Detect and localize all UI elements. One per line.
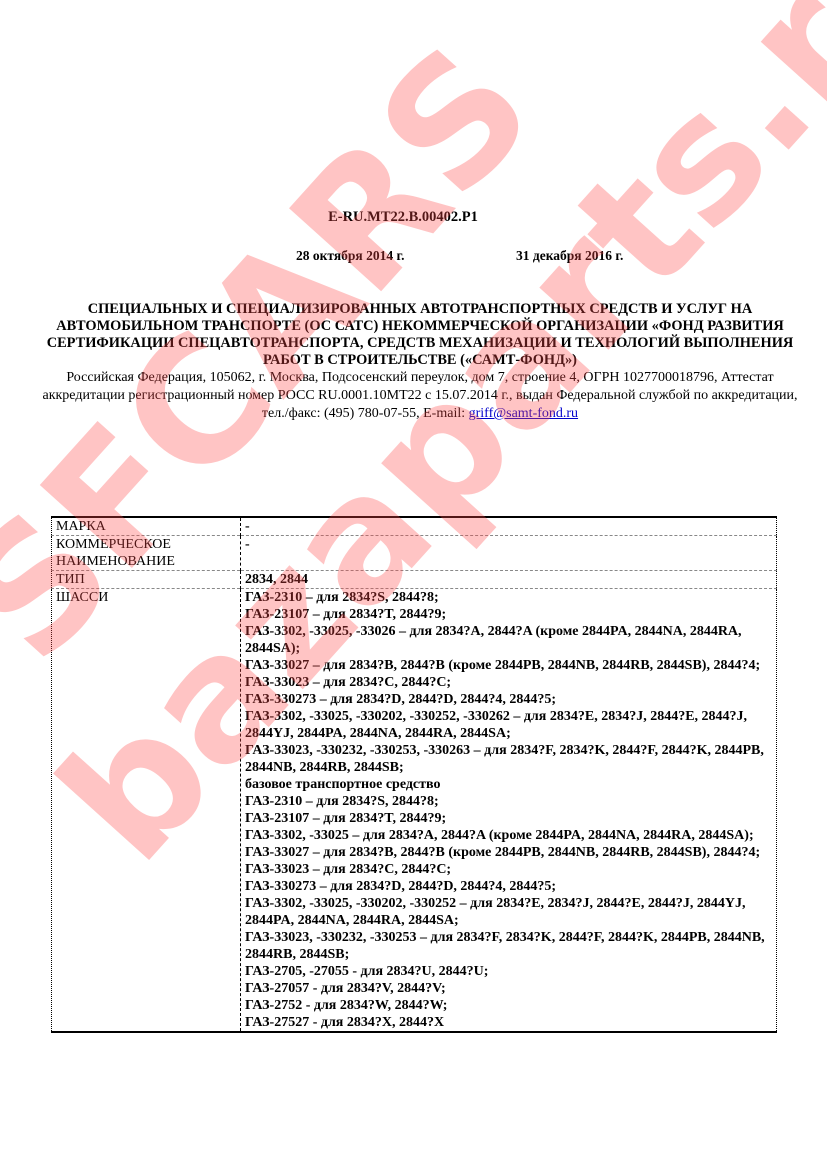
date-valid-until: 31 декабря 2016 г. bbox=[516, 248, 623, 264]
chassis-line: ГАЗ-23107 – для 2834?T, 2844?9; bbox=[245, 810, 773, 827]
row-value-type: 2834, 2844 bbox=[241, 571, 777, 589]
chassis-line: ГАЗ-27527 - для 2834?X, 2844?X bbox=[245, 1014, 773, 1031]
row-label-commercial-name: КОММЕРЧЕСКОЕ НАИМЕНОВАНИЕ bbox=[52, 536, 241, 571]
document-page: E-RU.MT22.B.00402.P1 28 октября 2014 г. … bbox=[0, 0, 827, 1170]
chassis-line: ГАЗ-2310 – для 2834?S, 2844?8; bbox=[245, 793, 773, 810]
chassis-line: ГАЗ-33023 – для 2834?C, 2844?C; bbox=[245, 861, 773, 878]
chassis-line: ГАЗ-330273 – для 2834?D, 2844?D, 2844?4,… bbox=[245, 691, 773, 708]
chassis-line: ГАЗ-23107 – для 2834?T, 2844?9; bbox=[245, 606, 773, 623]
row-label-brand: МАРКА bbox=[52, 517, 241, 536]
organization-info-text: Российская Федерация, 105062, г. Москва,… bbox=[42, 370, 797, 421]
email-link[interactable]: griff@samt-fond.ru bbox=[469, 406, 578, 421]
chassis-line: ГАЗ-3302, -33025, -330202, -330252 – для… bbox=[245, 895, 773, 929]
row-value-chassis: ГАЗ-2310 – для 2834?S, 2844?8;ГАЗ-23107 … bbox=[241, 589, 777, 1033]
spec-table: МАРКА - КОММЕРЧЕСКОЕ НАИМЕНОВАНИЕ - ТИП … bbox=[51, 516, 777, 1033]
chassis-line: базовое транспортное средство bbox=[245, 776, 773, 793]
chassis-line: ГАЗ-3302, -33025, -33026 – для 2834?A, 2… bbox=[245, 623, 773, 657]
row-label-chassis: ШАССИ bbox=[52, 589, 241, 1033]
row-label-type: ТИП bbox=[52, 571, 241, 589]
chassis-line: ГАЗ-3302, -33025, -330202, -330252, -330… bbox=[245, 708, 773, 742]
chassis-line: ГАЗ-33027 – для 2834?B, 2844?B (кроме 28… bbox=[245, 657, 773, 674]
table-row: ШАССИ ГАЗ-2310 – для 2834?S, 2844?8;ГАЗ-… bbox=[52, 589, 777, 1033]
chassis-line: ГАЗ-27057 - для 2834?V, 2844?V; bbox=[245, 980, 773, 997]
chassis-line: ГАЗ-33027 – для 2834?B, 2844?B (кроме 28… bbox=[245, 844, 773, 861]
chassis-line: ГАЗ-2705, -27055 - для 2834?U, 2844?U; bbox=[245, 963, 773, 980]
table-row: МАРКА - bbox=[52, 517, 777, 536]
chassis-line: ГАЗ-2310 – для 2834?S, 2844?8; bbox=[245, 589, 773, 606]
chassis-line: ГАЗ-33023 – для 2834?C, 2844?C; bbox=[245, 674, 773, 691]
chassis-line: ГАЗ-33023, -330232, -330253 – для 2834?F… bbox=[245, 929, 773, 963]
table-row: КОММЕРЧЕСКОЕ НАИМЕНОВАНИЕ - bbox=[52, 536, 777, 571]
organization-block: СПЕЦИАЛЬНЫХ И СПЕЦИАЛИЗИРОВАННЫХ АВТОТРА… bbox=[30, 301, 810, 423]
date-issued: 28 октября 2014 г. bbox=[296, 248, 404, 264]
chassis-line: ГАЗ-3302, -33025 – для 2834?A, 2844?A (к… bbox=[245, 827, 773, 844]
row-value-brand: - bbox=[241, 517, 777, 536]
chassis-line: ГАЗ-33023, -330232, -330253, -330263 – д… bbox=[245, 742, 773, 776]
chassis-line: ГАЗ-2752 - для 2834?W, 2844?W; bbox=[245, 997, 773, 1014]
chassis-line: ГАЗ-330273 – для 2834?D, 2844?D, 2844?4,… bbox=[245, 878, 773, 895]
organization-title: СПЕЦИАЛЬНЫХ И СПЕЦИАЛИЗИРОВАННЫХ АВТОТРА… bbox=[30, 301, 810, 369]
table-row: ТИП 2834, 2844 bbox=[52, 571, 777, 589]
row-value-commercial-name: - bbox=[241, 536, 777, 571]
certificate-number: E-RU.MT22.B.00402.P1 bbox=[0, 209, 806, 226]
organization-info: Российская Федерация, 105062, г. Москва,… bbox=[30, 369, 810, 423]
